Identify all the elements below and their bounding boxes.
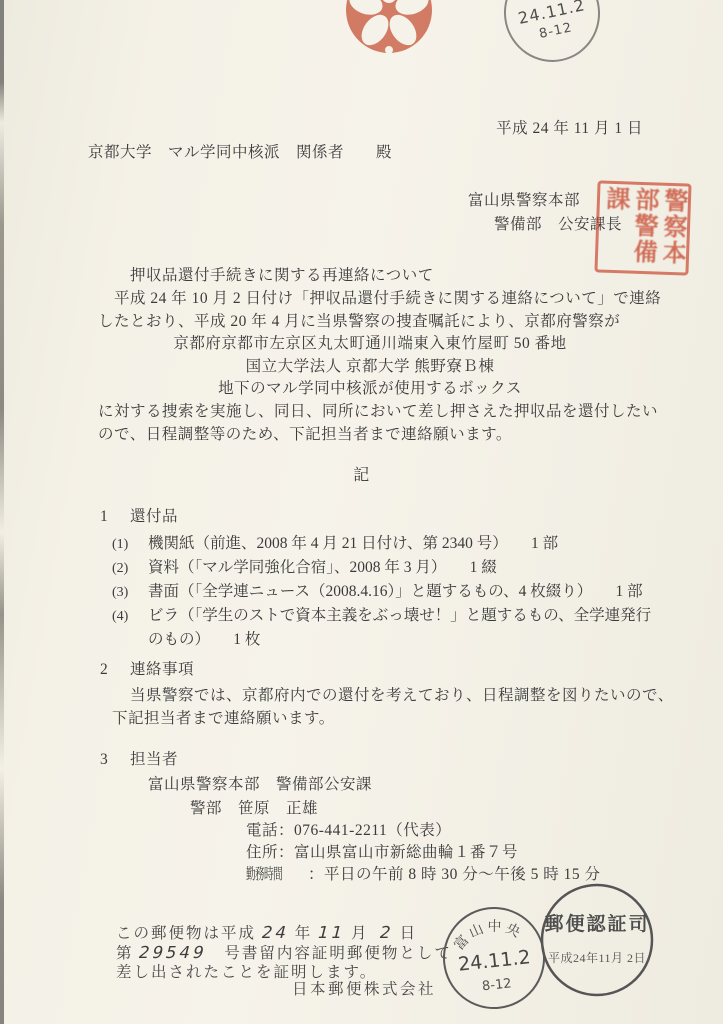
handwritten-serial-number: 29549 (137, 943, 209, 962)
item-text: 資料（「マル学同強化合宿」、2008 年 3 月） 1 綴 (148, 559, 497, 576)
contact-phone: 電話：076-441-2211（代表） (246, 818, 451, 840)
item-number: (4) (112, 609, 148, 625)
sender-red-seal-text: 富山県警察本部警備課 (598, 185, 692, 271)
certifier-stamp-title: 郵便認証司 (544, 912, 649, 935)
list-item: (1)機関紙（前進、2008 年 4 月 21 日付け、第 2340 号） 1 … (112, 531, 558, 553)
sender-organization: 富山県警察本部 (468, 188, 580, 210)
bottom-postmark-date: 24.11.2 (457, 946, 531, 975)
item-text: 書面（「全学連ニュース（2008.4.16）」と題するもの、4 枚綴り） 1 部 (148, 583, 643, 600)
list-item: (3)書面（「全学連ニュース（2008.4.16）」と題するもの、4 枚綴り） … (112, 579, 643, 601)
cert-printed-text: この郵便物は平成 (116, 925, 256, 942)
section2-heading: 2連絡事項 (100, 657, 194, 679)
body-line: に対する捜索を実施し、同日、同所において差し押さえた押収品を還付したい (98, 399, 642, 422)
cert-printed-text: 月 (345, 925, 374, 942)
body-line: したとおり、平成 20 年 4 月に当県警察の捜査嘱託により、京都府警察が (98, 309, 642, 332)
body-line-box: 地下のマル学同中核派が使用するボックス (98, 376, 642, 399)
certifier-stamp-date: 平成24年11月 2日 (548, 950, 646, 965)
section2-number: 2 (100, 661, 130, 679)
certification-line2: 第 29549 号書留内容証明郵便物として (116, 941, 452, 961)
item-number: (3) (112, 585, 148, 601)
red-flower-seal-icon (341, 0, 437, 78)
section2-line: 当県警察では、京都府内での還付を考えており、日程調整を図りたいので、 (130, 683, 674, 705)
section1-heading: 1還付品 (100, 504, 178, 526)
bottom-postmark-time: 8-12 (481, 976, 512, 994)
item-text: ビラ（「学生のストで資本主義をぶっ壊せ！」と題するもの、全学連発行 (148, 607, 651, 624)
section2-line: 下記担当者まで連絡願います。 (112, 706, 335, 728)
item-number: (1) (112, 537, 148, 553)
postal-certifier-stamp: 郵便認証司 平成24年11月 2日 (534, 880, 660, 1006)
section3-number: 3 (100, 751, 130, 769)
section1-number: 1 (100, 508, 130, 526)
document-date: 平成 24 年 11 月 1 日 (496, 116, 643, 138)
section3-title: 担当者 (130, 751, 178, 768)
postal-certification-block: この郵便物は平成 24 年 11 月 2 日 第 29549 号書留内容証明郵便… (116, 921, 452, 996)
contact-address: 住所：富山県富山市新総曲輪１番７号 (246, 840, 518, 862)
cert-printed-text: 年 (289, 925, 318, 942)
hours-label: 勤務時間 (246, 862, 284, 884)
contact-person: 警部 笹原 正雄 (190, 796, 318, 818)
cert-printed-text: 日 (394, 925, 417, 942)
contact-organization: 富山県警察本部 警備部公安課 (148, 772, 372, 794)
certification-line1: この郵便物は平成 24 年 11 月 2 日 (116, 921, 452, 941)
section3-heading: 3担当者 (100, 747, 178, 769)
body-line-address: 京都府京都市左京区丸太町通川端東入東竹屋町 50 番地 (98, 331, 642, 354)
cert-printed-text: 第 (116, 945, 139, 962)
section1-title: 還付品 (130, 508, 178, 525)
scan-edge-artifact (0, 0, 4, 1024)
body-paragraph: 平成 24 年 10 月 2 日付け「押収品還付手続きに関する連絡について」で連… (98, 286, 642, 444)
japan-post-company-name: 日本郵便株式会社 (292, 977, 452, 997)
body-line: ので、日程調整等のため、下記担当者まで連絡願います。 (98, 422, 642, 445)
item-number: (2) (112, 561, 148, 577)
item-text: 機関紙（前進、2008 年 4 月 21 日付け、第 2340 号） 1 部 (148, 535, 558, 552)
handwritten-year: 24 (260, 923, 292, 942)
handwritten-month: 11 (316, 923, 348, 942)
list-item: (4)ビラ（「学生のストで資本主義をぶっ壊せ！」と題するもの、全学連発行 (112, 603, 651, 625)
sender-red-seal: 富山県警察本部警備課 (594, 180, 691, 275)
addressee: 京都大学 マル学同中核派 関係者 殿 (88, 140, 392, 162)
body-line-building: 国立大学法人 京都大学 熊野寮Ｂ棟 (98, 354, 642, 377)
top-postmark: 24.11.2 8-12 (495, 0, 609, 71)
scanned-letter-page: 24.11.2 8-12 平成 24 年 11 月 1 日 京都大学 マル学同中… (0, 0, 723, 1024)
cert-printed-text: 号書留内容証明郵便物として (207, 945, 452, 962)
list-item-continuation: のもの） 1 枚 (148, 627, 260, 649)
subject-line: 押収品還付手続きに関する再連絡について (130, 263, 434, 285)
section2-title: 連絡事項 (130, 661, 194, 678)
list-item: (2)資料（「マル学同強化合宿」、2008 年 3 月） 1 綴 (112, 555, 497, 577)
body-line: 平成 24 年 10 月 2 日付け「押収品還付手続きに関する連絡について」で連… (98, 286, 642, 309)
ki-marker: 記 (0, 462, 723, 485)
